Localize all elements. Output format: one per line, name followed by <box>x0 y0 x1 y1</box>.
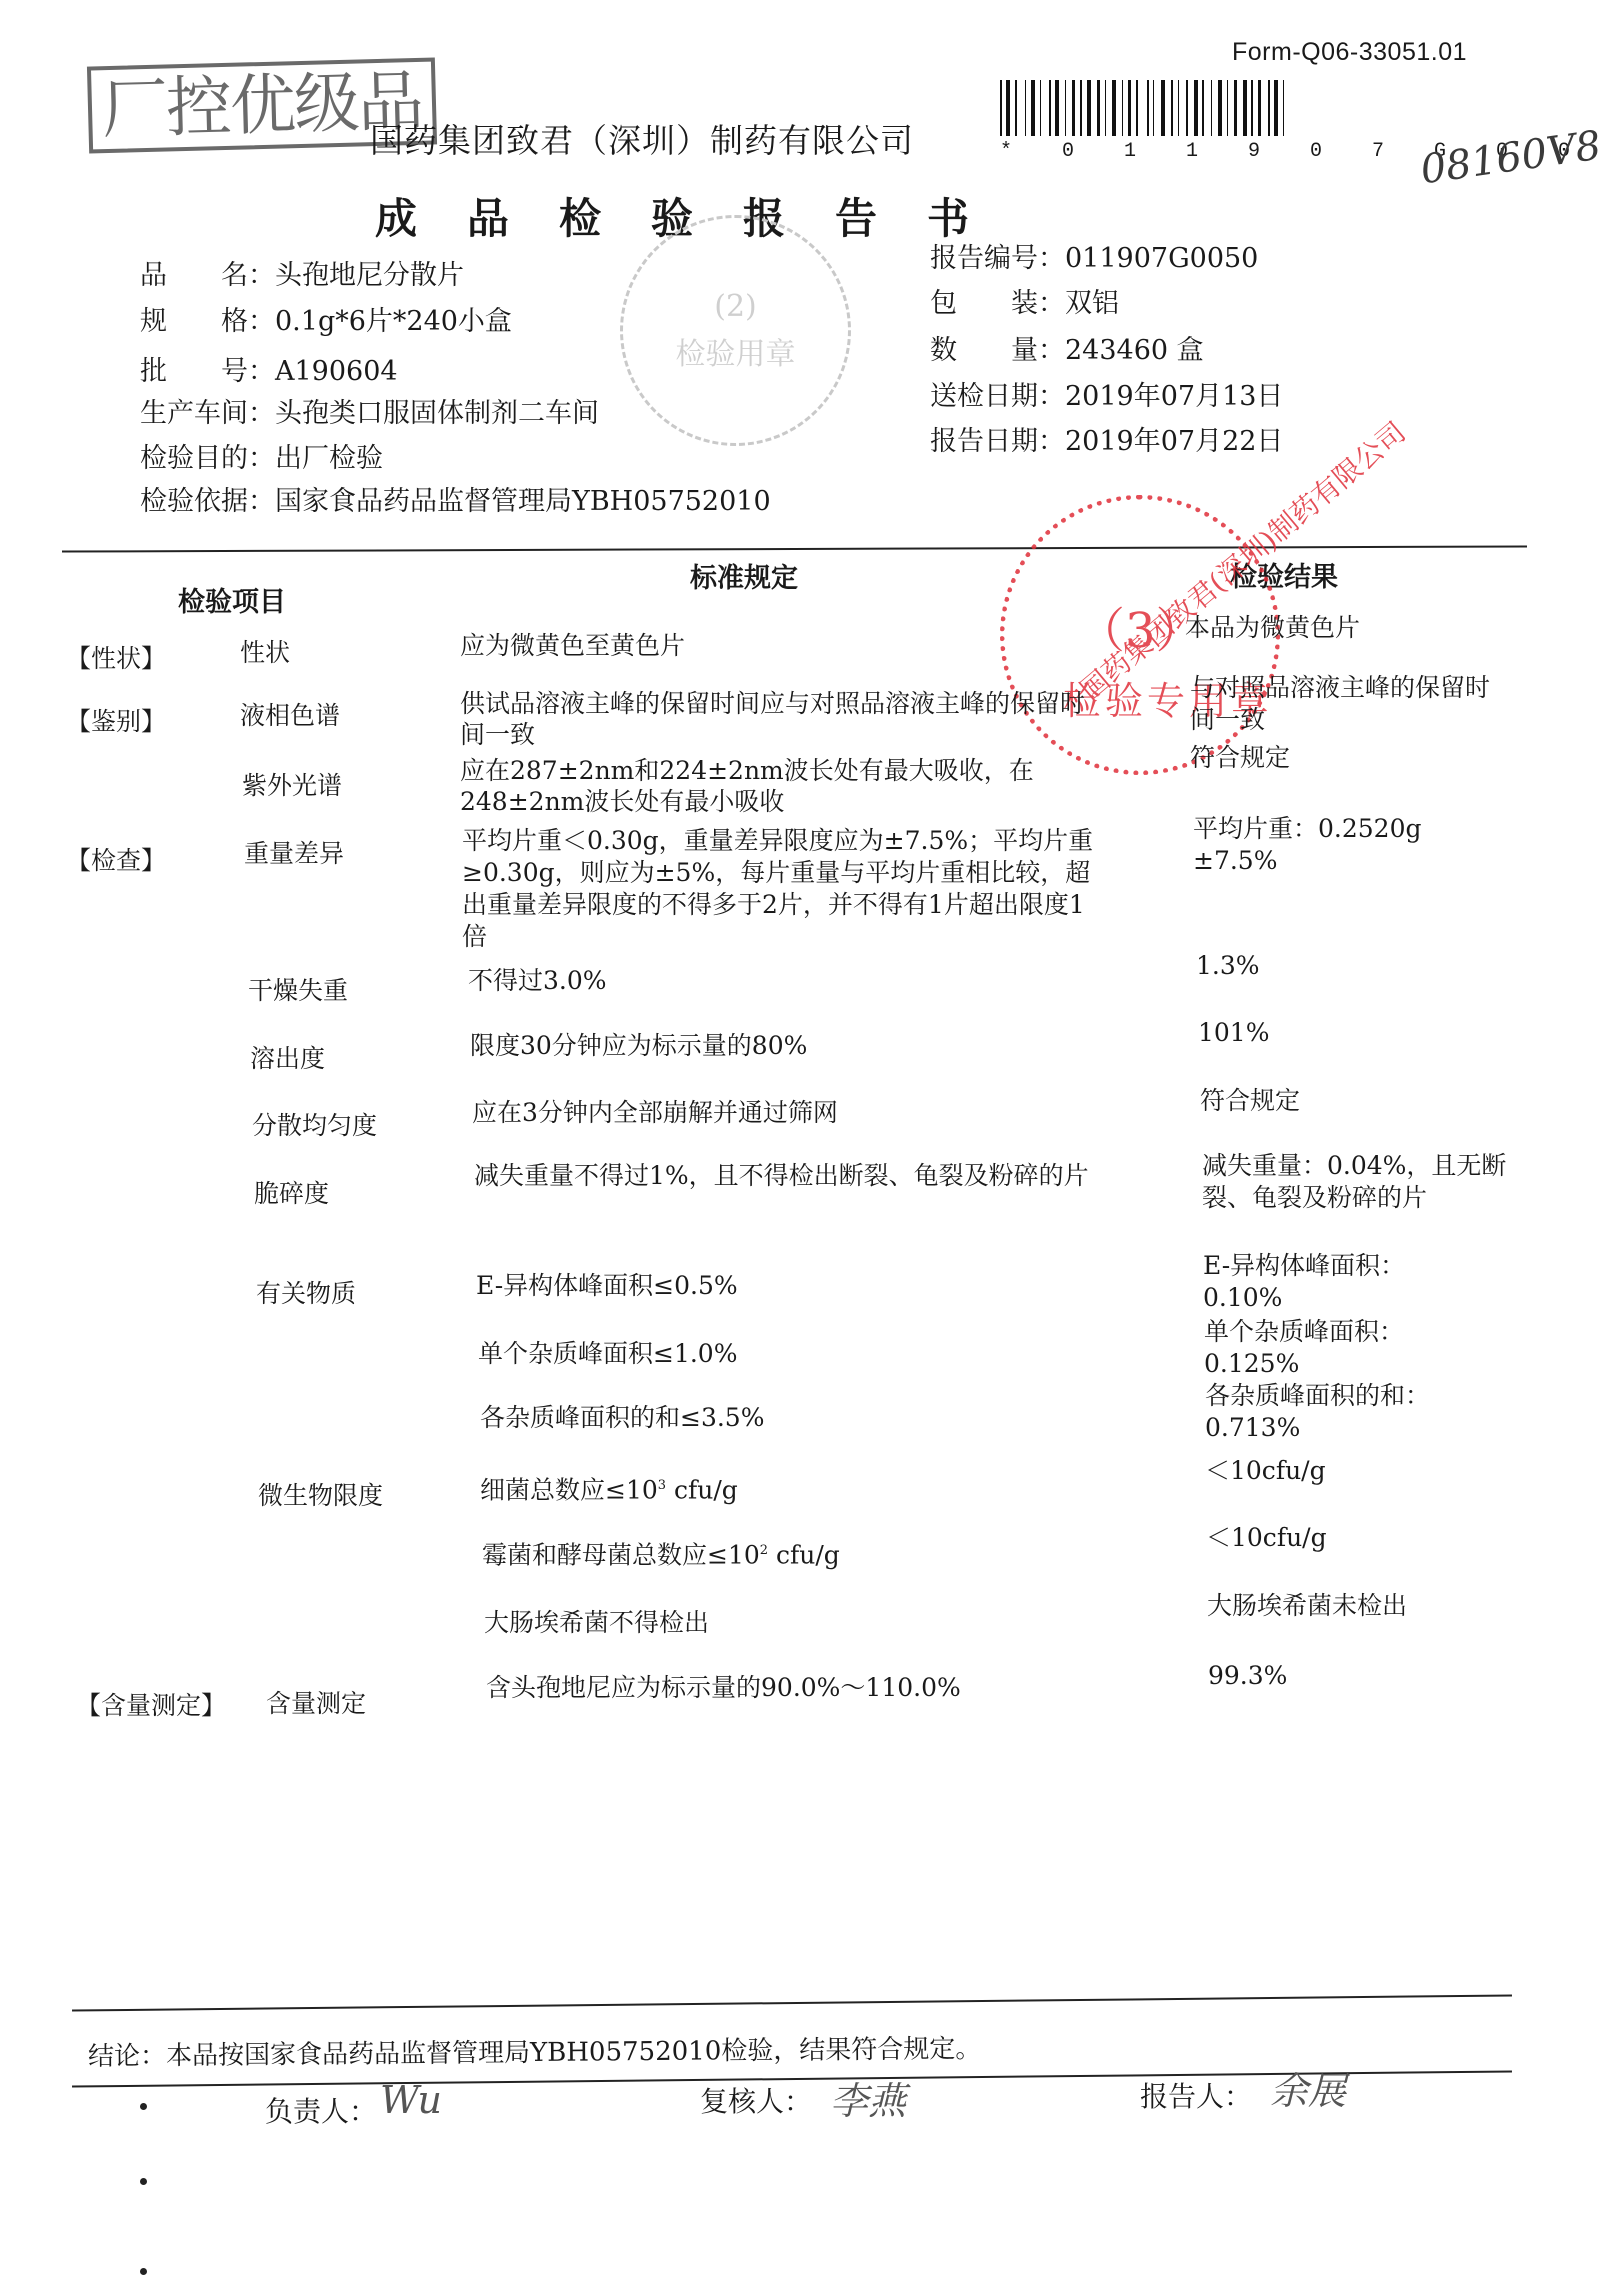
signature-responsible: Wu <box>380 2078 442 2122</box>
item-weight-variation: 重量差异 <box>244 838 344 869</box>
meta-batch-no: 批 号：A190604 <box>140 358 398 385</box>
signature-label-reviewer: 复核人： <box>700 2080 812 2120</box>
column-header-standard: 标准规定 <box>690 556 798 595</box>
item-hplc: 液相色谱 <box>240 700 340 731</box>
standard-e-isomer: E-异构体峰面积≤0.5% <box>476 1270 738 1301</box>
item-dispersion-uniformity: 分散均匀度 <box>252 1110 377 1141</box>
standard-friability: 减失重量不得过1%，且不得检出断裂、龟裂及粉碎的片 <box>474 1160 1114 1191</box>
item-dissolution: 溶出度 <box>250 1043 325 1074</box>
result-e-isomer: E-异构体峰面积：0.10% <box>1203 1250 1463 1314</box>
header-divider <box>62 545 1527 552</box>
standard-uv: 应在287±2nm和224±2nm波长处有最大吸收，在248±2nm波长处有最小… <box>460 755 1070 817</box>
standard-single-impurity: 单个杂质峰面积≤1.0% <box>478 1338 737 1369</box>
standard-mold-yeast-count: 霉菌和酵母菌总数应≤102 cfu/g <box>482 1535 840 1570</box>
item-appearance: 性状 <box>240 637 290 668</box>
category-appearance: 【性状】 <box>66 643 166 674</box>
conclusion-text: 结论：本品按国家食品药品监督管理局YBH05752010检验，结果符合规定。 <box>88 2028 982 2073</box>
item-assay: 含量测定 <box>266 1688 366 1719</box>
meta-quantity: 数 量：243460 盒 <box>930 337 1204 364</box>
result-single-impurity: 单个杂质峰面积：0.125% <box>1204 1316 1464 1380</box>
meta-report-date: 报告日期：2019年07月22日 <box>930 428 1283 455</box>
category-identification: 【鉴别】 <box>66 706 166 737</box>
form-number: Form-Q06-33051.01 <box>1232 38 1467 67</box>
standard-assay: 含头孢地尼应为标示量的90.0%～110.0% <box>486 1672 961 1703</box>
result-e-coli: 大肠埃希菌未检出 <box>1207 1590 1527 1622</box>
meta-submit-date: 送检日期：2019年07月13日 <box>930 383 1283 410</box>
inspection-stamp-gray: (2) 检验用章 <box>620 215 851 446</box>
result-dispersion-uniformity: 符合规定 <box>1200 1085 1520 1117</box>
category-assay: 【含量测定】 <box>76 1690 226 1721</box>
column-header-item: 检验项目 <box>178 580 286 619</box>
barcode-icon <box>1000 80 1440 136</box>
handwritten-note: 08160V8 <box>1418 123 1600 194</box>
item-uv: 紫外光谱 <box>242 770 342 801</box>
item-related-substances: 有关物质 <box>256 1278 356 1309</box>
meta-packaging: 包 装：双铝 <box>930 290 1119 317</box>
conclusion-top-divider <box>72 1994 1512 2011</box>
standard-loss-on-drying: 不得过3.0% <box>468 965 607 996</box>
signature-label-responsible: 负责人： <box>265 2090 377 2130</box>
item-friability: 脆碎度 <box>254 1178 329 1209</box>
standard-dispersion-uniformity: 应在3分钟内全部崩解并通过筛网 <box>472 1097 838 1128</box>
meta-report-no: 报告编号：011907G0050 <box>930 245 1258 272</box>
result-mold-yeast-count: ＜10cfu/g <box>1206 1522 1526 1554</box>
standard-weight-variation: 平均片重＜0.30g，重量差异限度应为±7.5%；平均片重≥0.30g，则应为±… <box>462 825 1102 953</box>
result-assay: 99.3% <box>1208 1660 1528 1692</box>
result-weight-variation: 平均片重：0.2520g ±7.5% <box>1193 813 1463 877</box>
scan-mark <box>140 2103 147 2110</box>
signature-reporter: 余展 <box>1270 2060 1346 2115</box>
item-microbial-limits: 微生物限度 <box>258 1480 383 1511</box>
scan-mark <box>140 2178 147 2185</box>
meta-workshop: 生产车间：头孢类口服固体制剂二车间 <box>140 400 599 427</box>
meta-product-name: 品 名：头孢地尼分散片 <box>140 262 464 289</box>
standard-hplc: 供试品溶液主峰的保留时间应与对照品溶液主峰的保留时间一致 <box>460 688 1100 750</box>
standard-total-impurities: 各杂质峰面积的和≤3.5% <box>480 1402 764 1433</box>
signature-label-reporter: 报告人： <box>1140 2075 1252 2115</box>
standard-appearance: 应为微黄色至黄色片 <box>460 630 1100 661</box>
category-tests: 【检查】 <box>66 845 166 876</box>
company-name: 国药集团致君（深圳）制药有限公司 <box>370 115 914 162</box>
result-loss-on-drying: 1.3% <box>1196 950 1516 982</box>
signature-reviewer: 李燕 <box>830 2070 906 2125</box>
result-appearance: 本品为微黄色片 <box>1185 612 1505 644</box>
result-total-impurities: 各杂质峰面积的和：0.713% <box>1205 1380 1465 1444</box>
standard-e-coli: 大肠埃希菌不得检出 <box>484 1607 709 1638</box>
result-friability: 减失重量：0.04%，且无断裂、龟裂及粉碎的片 <box>1202 1150 1512 1214</box>
result-dissolution: 101% <box>1198 1017 1518 1049</box>
result-uv: 符合规定 <box>1190 742 1510 774</box>
item-loss-on-drying: 干燥失重 <box>248 975 348 1006</box>
result-bacteria-count: ＜10cfu/g <box>1205 1455 1525 1487</box>
meta-spec: 规 格：0.1g*6片*240小盒 <box>140 308 512 335</box>
standard-dissolution: 限度30分钟应为标示量的80% <box>470 1030 807 1061</box>
standard-bacteria-count: 细菌总数应≤103 cfu/g <box>480 1470 738 1505</box>
result-hplc: 与对照品溶液主峰的保留时间一致 <box>1190 672 1510 736</box>
scan-mark <box>140 2268 147 2275</box>
meta-basis: 检验依据：国家食品药品监督管理局YBH05752010 <box>140 488 771 515</box>
meta-purpose: 检验目的：出厂检验 <box>140 445 383 472</box>
